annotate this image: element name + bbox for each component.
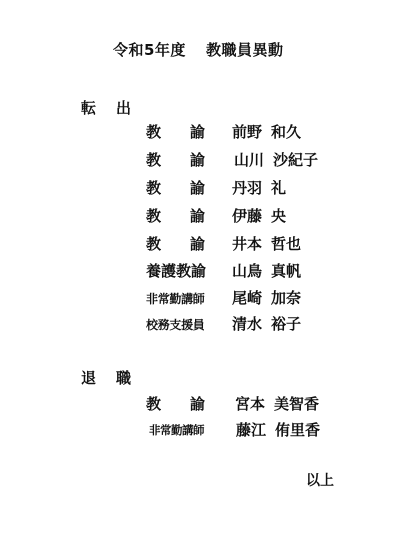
entry-name: 宮本美智香 bbox=[235, 397, 319, 412]
entry-role: 教諭 bbox=[146, 237, 205, 252]
document-title: 令和5年度教職員異動 bbox=[113, 43, 283, 58]
entry-name: 前野和久 bbox=[232, 125, 301, 140]
entry-role: 非常勤講師 bbox=[149, 425, 204, 437]
entry-role: 校務支援員 bbox=[146, 319, 205, 331]
entry-role: 非常勤講師 bbox=[146, 293, 205, 305]
section-heading-retirement: 退職 bbox=[81, 371, 131, 386]
entry-name: 山川沙紀子 bbox=[234, 153, 318, 168]
entry-name: 丹羽礼 bbox=[232, 181, 286, 196]
entry-name: 尾崎加奈 bbox=[232, 291, 301, 306]
entry-name: 山鳥真帆 bbox=[232, 264, 301, 279]
entry-name: 伊藤央 bbox=[232, 209, 286, 224]
entry-name: 藤江侑里香 bbox=[236, 423, 320, 438]
title-main: 教職員異動 bbox=[206, 41, 284, 59]
entry-role: 教諭 bbox=[146, 209, 205, 224]
entry-role: 教諭 bbox=[146, 181, 205, 196]
entry-role: 教諭 bbox=[146, 397, 205, 412]
closing-text: 以上 bbox=[306, 474, 334, 488]
entry-role: 教諭 bbox=[146, 125, 205, 140]
entry-name: 井本哲也 bbox=[232, 237, 301, 252]
section-heading-transfer-out: 転出 bbox=[81, 101, 131, 116]
entry-role: 教諭 bbox=[146, 153, 205, 168]
title-year: 令和5年度 bbox=[113, 41, 186, 59]
entry-role: 養護教諭 bbox=[146, 264, 206, 279]
entry-name: 清水裕子 bbox=[232, 317, 301, 332]
